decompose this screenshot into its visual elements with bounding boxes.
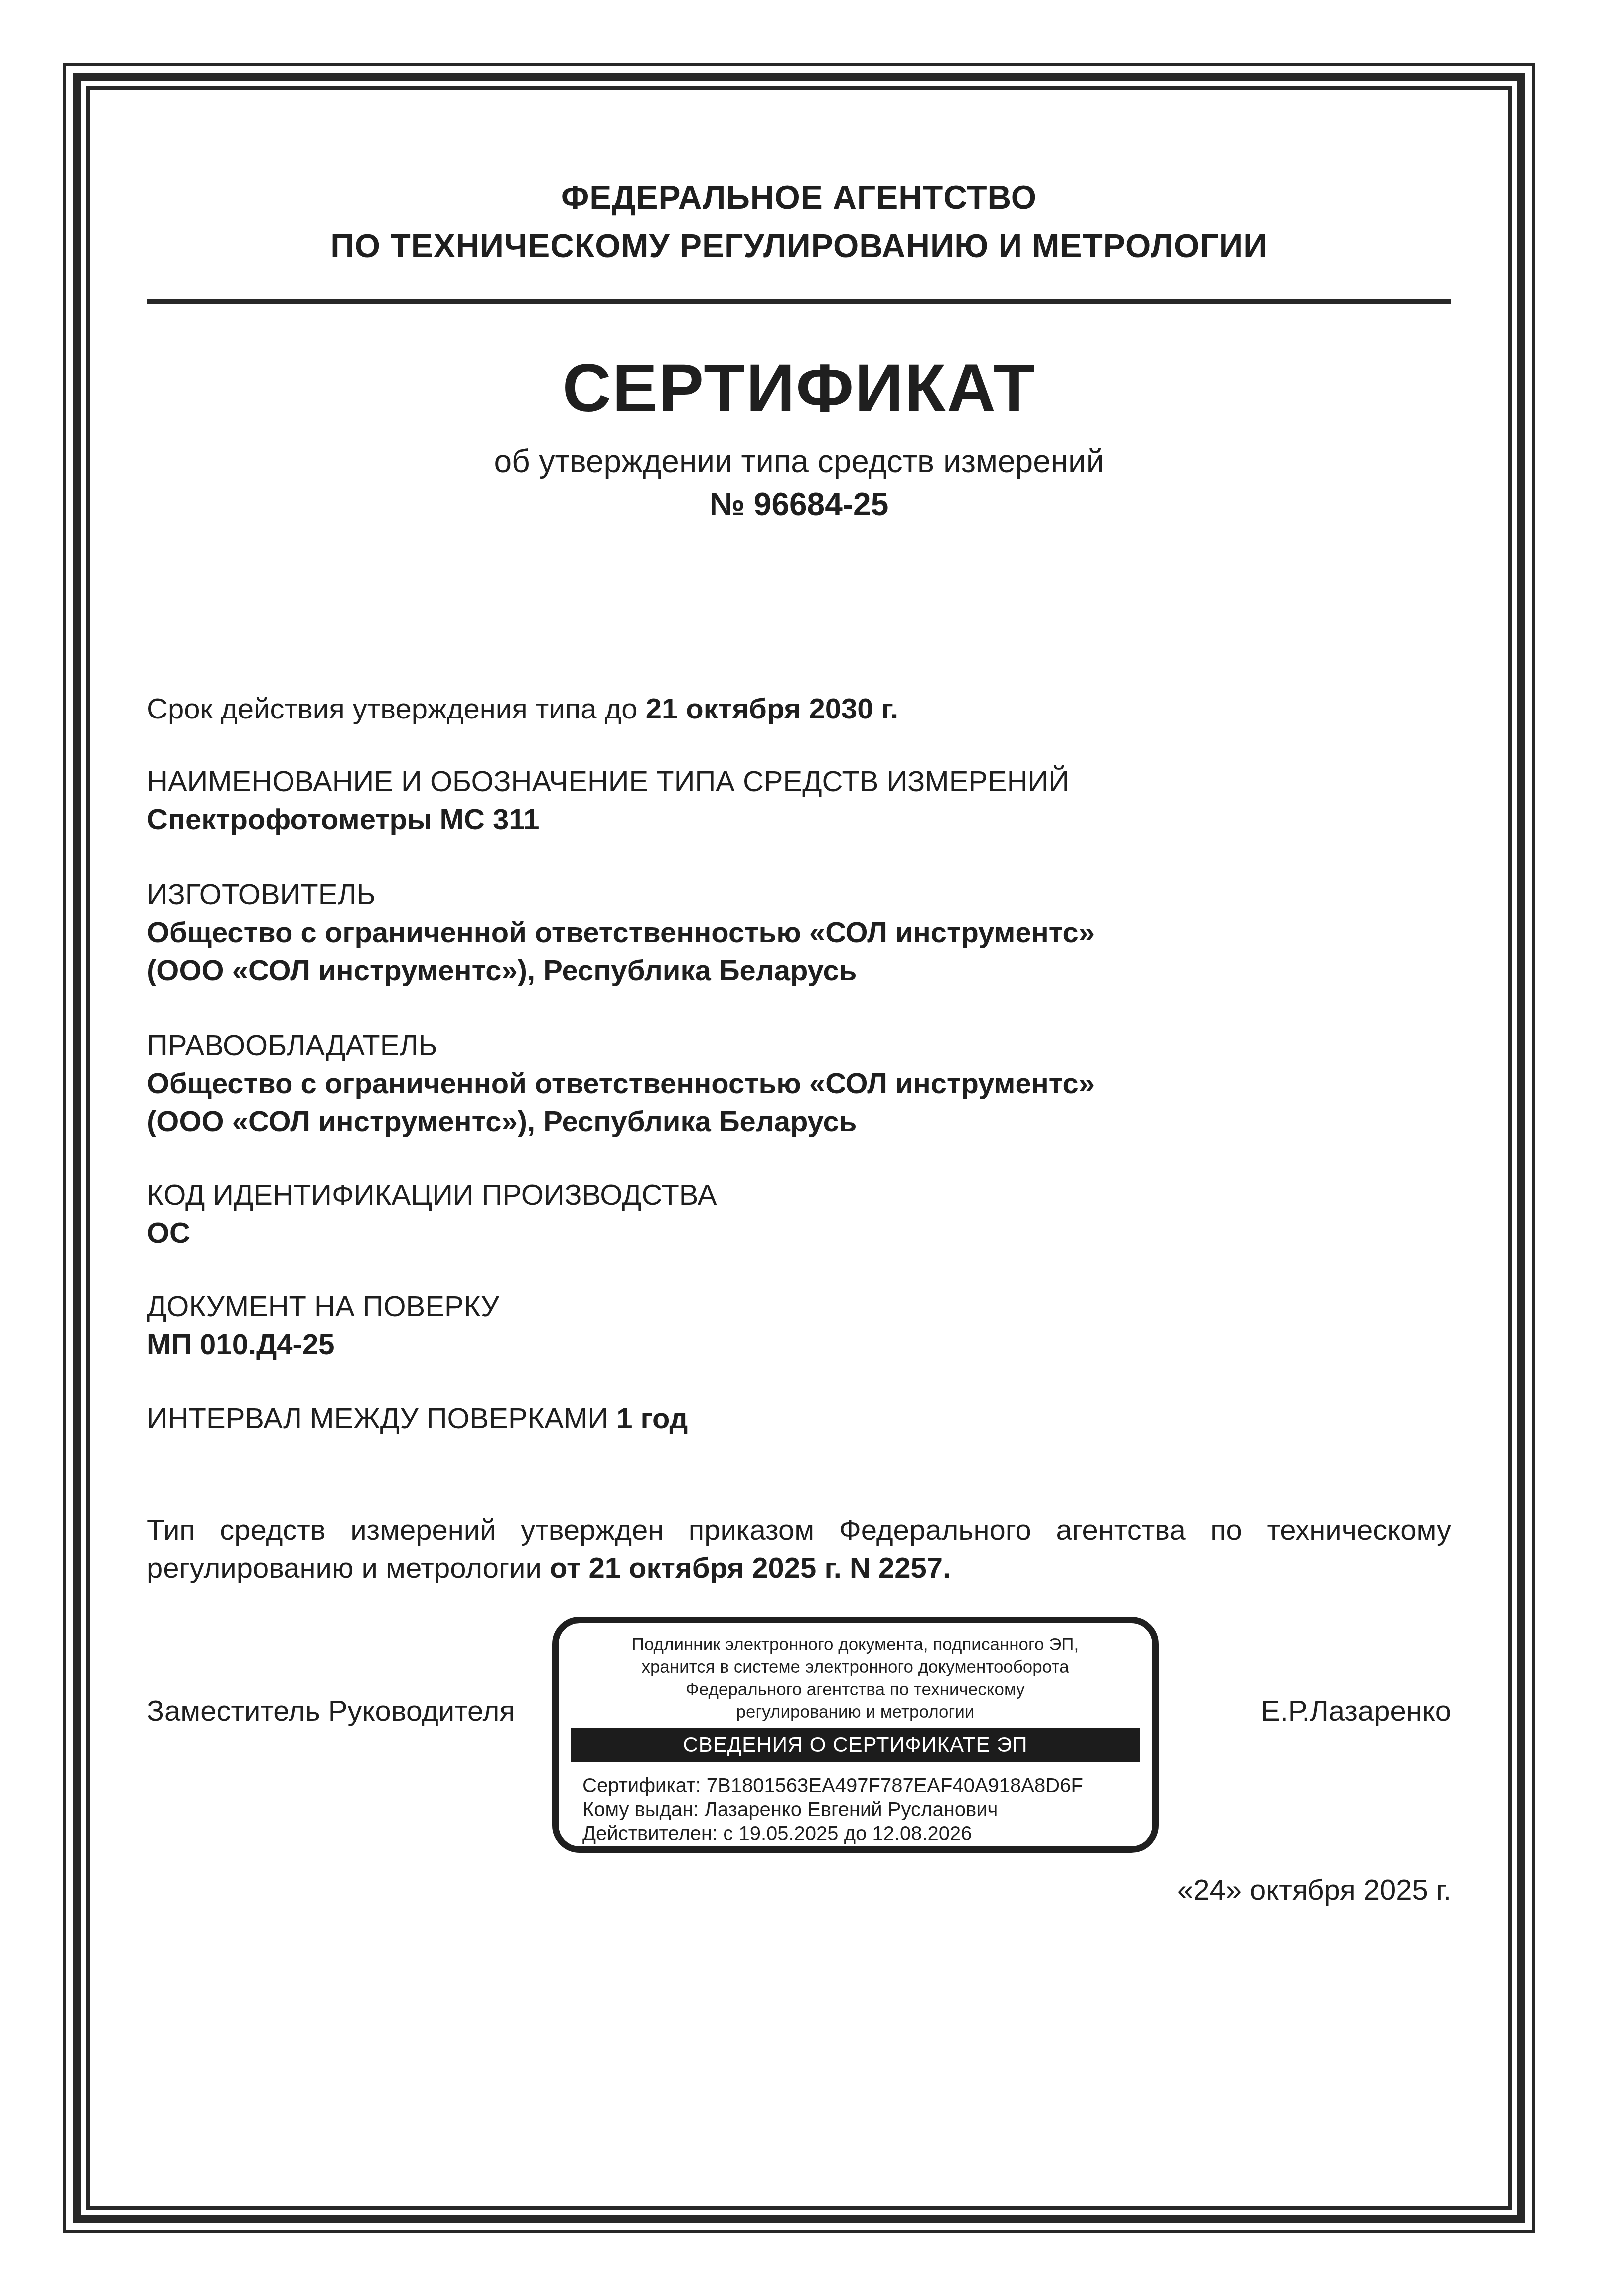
agency-header-line-1: ФЕДЕРАЛЬНОЕ АГЕНТСТВО [147,173,1451,222]
type-name-label: НАИМЕНОВАНИЕ И ОБОЗНАЧЕНИЕ ТИПА СРЕДСТВ … [147,763,1451,801]
stamp-header-line-4: регулированию и метрологии [559,1701,1152,1723]
esignature-stamp: Подлинник электронного документа, подпис… [552,1617,1159,1853]
agency-header-line-2: ПО ТЕХНИЧЕСКОМУ РЕГУЛИРОВАНИЮ И МЕТРОЛОГ… [147,222,1451,270]
approval-paragraph: Тип средств измерений утвержден приказом… [147,1511,1451,1587]
production-code-value: ОС [147,1214,1451,1252]
verification-document-label: ДОКУМЕНТ НА ПОВЕРКУ [147,1288,1451,1326]
section-type-name: НАИМЕНОВАНИЕ И ОБОЗНАЧЕНИЕ ТИПА СРЕДСТВ … [147,763,1451,839]
stamp-validity-line: Действителен: с 19.05.2025 до 12.08.2026 [582,1822,1152,1846]
certificate-title: СЕРТИФИКАТ [147,353,1451,423]
rights-holder-value-line-2: (ООО «СОЛ инструментс»), Республика Бела… [147,1103,1451,1141]
verification-interval-label: ИНТЕРВАЛ МЕЖДУ ПОВЕРКАМИ [147,1402,616,1435]
stamp-header-text: Подлинник электронного документа, подпис… [559,1633,1152,1723]
stamp-issued-to-line: Кому выдан: Лазаренко Евгений Русланович [582,1798,1152,1822]
stamp-header-line-1: Подлинник электронного документа, подпис… [559,1633,1152,1656]
validity-label: Срок действия утверждения типа до [147,693,646,725]
rights-holder-value-line-1: Общество с ограниченной ответственностью… [147,1065,1451,1103]
approval-line-1: Тип средств измерений утвержден приказом… [147,1511,1451,1549]
certificate-body: Срок действия утверждения типа до 21 окт… [147,690,1451,1587]
signature-name: Е.Р.Лазаренко [1261,1692,1451,1730]
type-name-value: Спектрофотометры МС 311 [147,801,1451,839]
verification-document-value: МП 010.Д4-25 [147,1326,1451,1364]
stamp-header-line-3: Федерального агентства по техническому [559,1678,1152,1701]
certificate-page: ФЕДЕРАЛЬНОЕ АГЕНТСТВО ПО ТЕХНИЧЕСКОМУ РЕ… [0,0,1598,2296]
certificate-subtitle: об утверждении типа средств измерений [147,441,1451,481]
manufacturer-label: ИЗГОТОВИТЕЛЬ [147,876,1451,914]
manufacturer-value-line-1: Общество с ограниченной ответственностью… [147,914,1451,952]
stamp-details: Сертификат: 7B1801563EA497F787EAF40A918A… [559,1774,1152,1846]
stamp-title-bar: СВЕДЕНИЯ О СЕРТИФИКАТЕ ЭП [571,1728,1140,1762]
agency-header: ФЕДЕРАЛЬНОЕ АГЕНТСТВО ПО ТЕХНИЧЕСКОМУ РЕ… [147,173,1451,270]
section-verification-interval: ИНТЕРВАЛ МЕЖДУ ПОВЕРКАМИ 1 год [147,1400,1451,1437]
approval-line-2: регулированию и метрологии от 21 октября… [147,1549,1451,1587]
section-rights-holder: ПРАВООБЛАДАТЕЛЬ Общество с ограниченной … [147,1027,1451,1141]
stamp-header-line-2: хранится в системе электронного документ… [559,1656,1152,1678]
section-production-code: КОД ИДЕНТИФИКАЦИИ ПРОИЗВОДСТВА ОС [147,1176,1451,1252]
stamp-certificate-line: Сертификат: 7B1801563EA497F787EAF40A918A… [582,1774,1152,1798]
validity-value: 21 октября 2030 г. [646,693,898,725]
manufacturer-value-line-2: (ООО «СОЛ инструментс»), Республика Бела… [147,952,1451,990]
signature-position: Заместитель Руководителя [147,1692,515,1730]
production-code-label: КОД ИДЕНТИФИКАЦИИ ПРОИЗВОДСТВА [147,1176,1451,1214]
verification-interval-value: 1 год [616,1402,688,1435]
section-manufacturer: ИЗГОТОВИТЕЛЬ Общество с ограниченной отв… [147,876,1451,990]
header-divider-rule [147,299,1451,304]
certificate-number: № 96684-25 [147,484,1451,524]
approval-line-2-regular: регулированию и метрологии [147,1552,550,1584]
validity-line: Срок действия утверждения типа до 21 окт… [147,690,1451,728]
section-verification-document: ДОКУМЕНТ НА ПОВЕРКУ МП 010.Д4-25 [147,1288,1451,1364]
rights-holder-label: ПРАВООБЛАДАТЕЛЬ [147,1027,1451,1065]
signature-date: «24» октября 2025 г. [147,1871,1451,1909]
approval-line-2-bold: от 21 октября 2025 г. N 2257. [550,1552,951,1584]
